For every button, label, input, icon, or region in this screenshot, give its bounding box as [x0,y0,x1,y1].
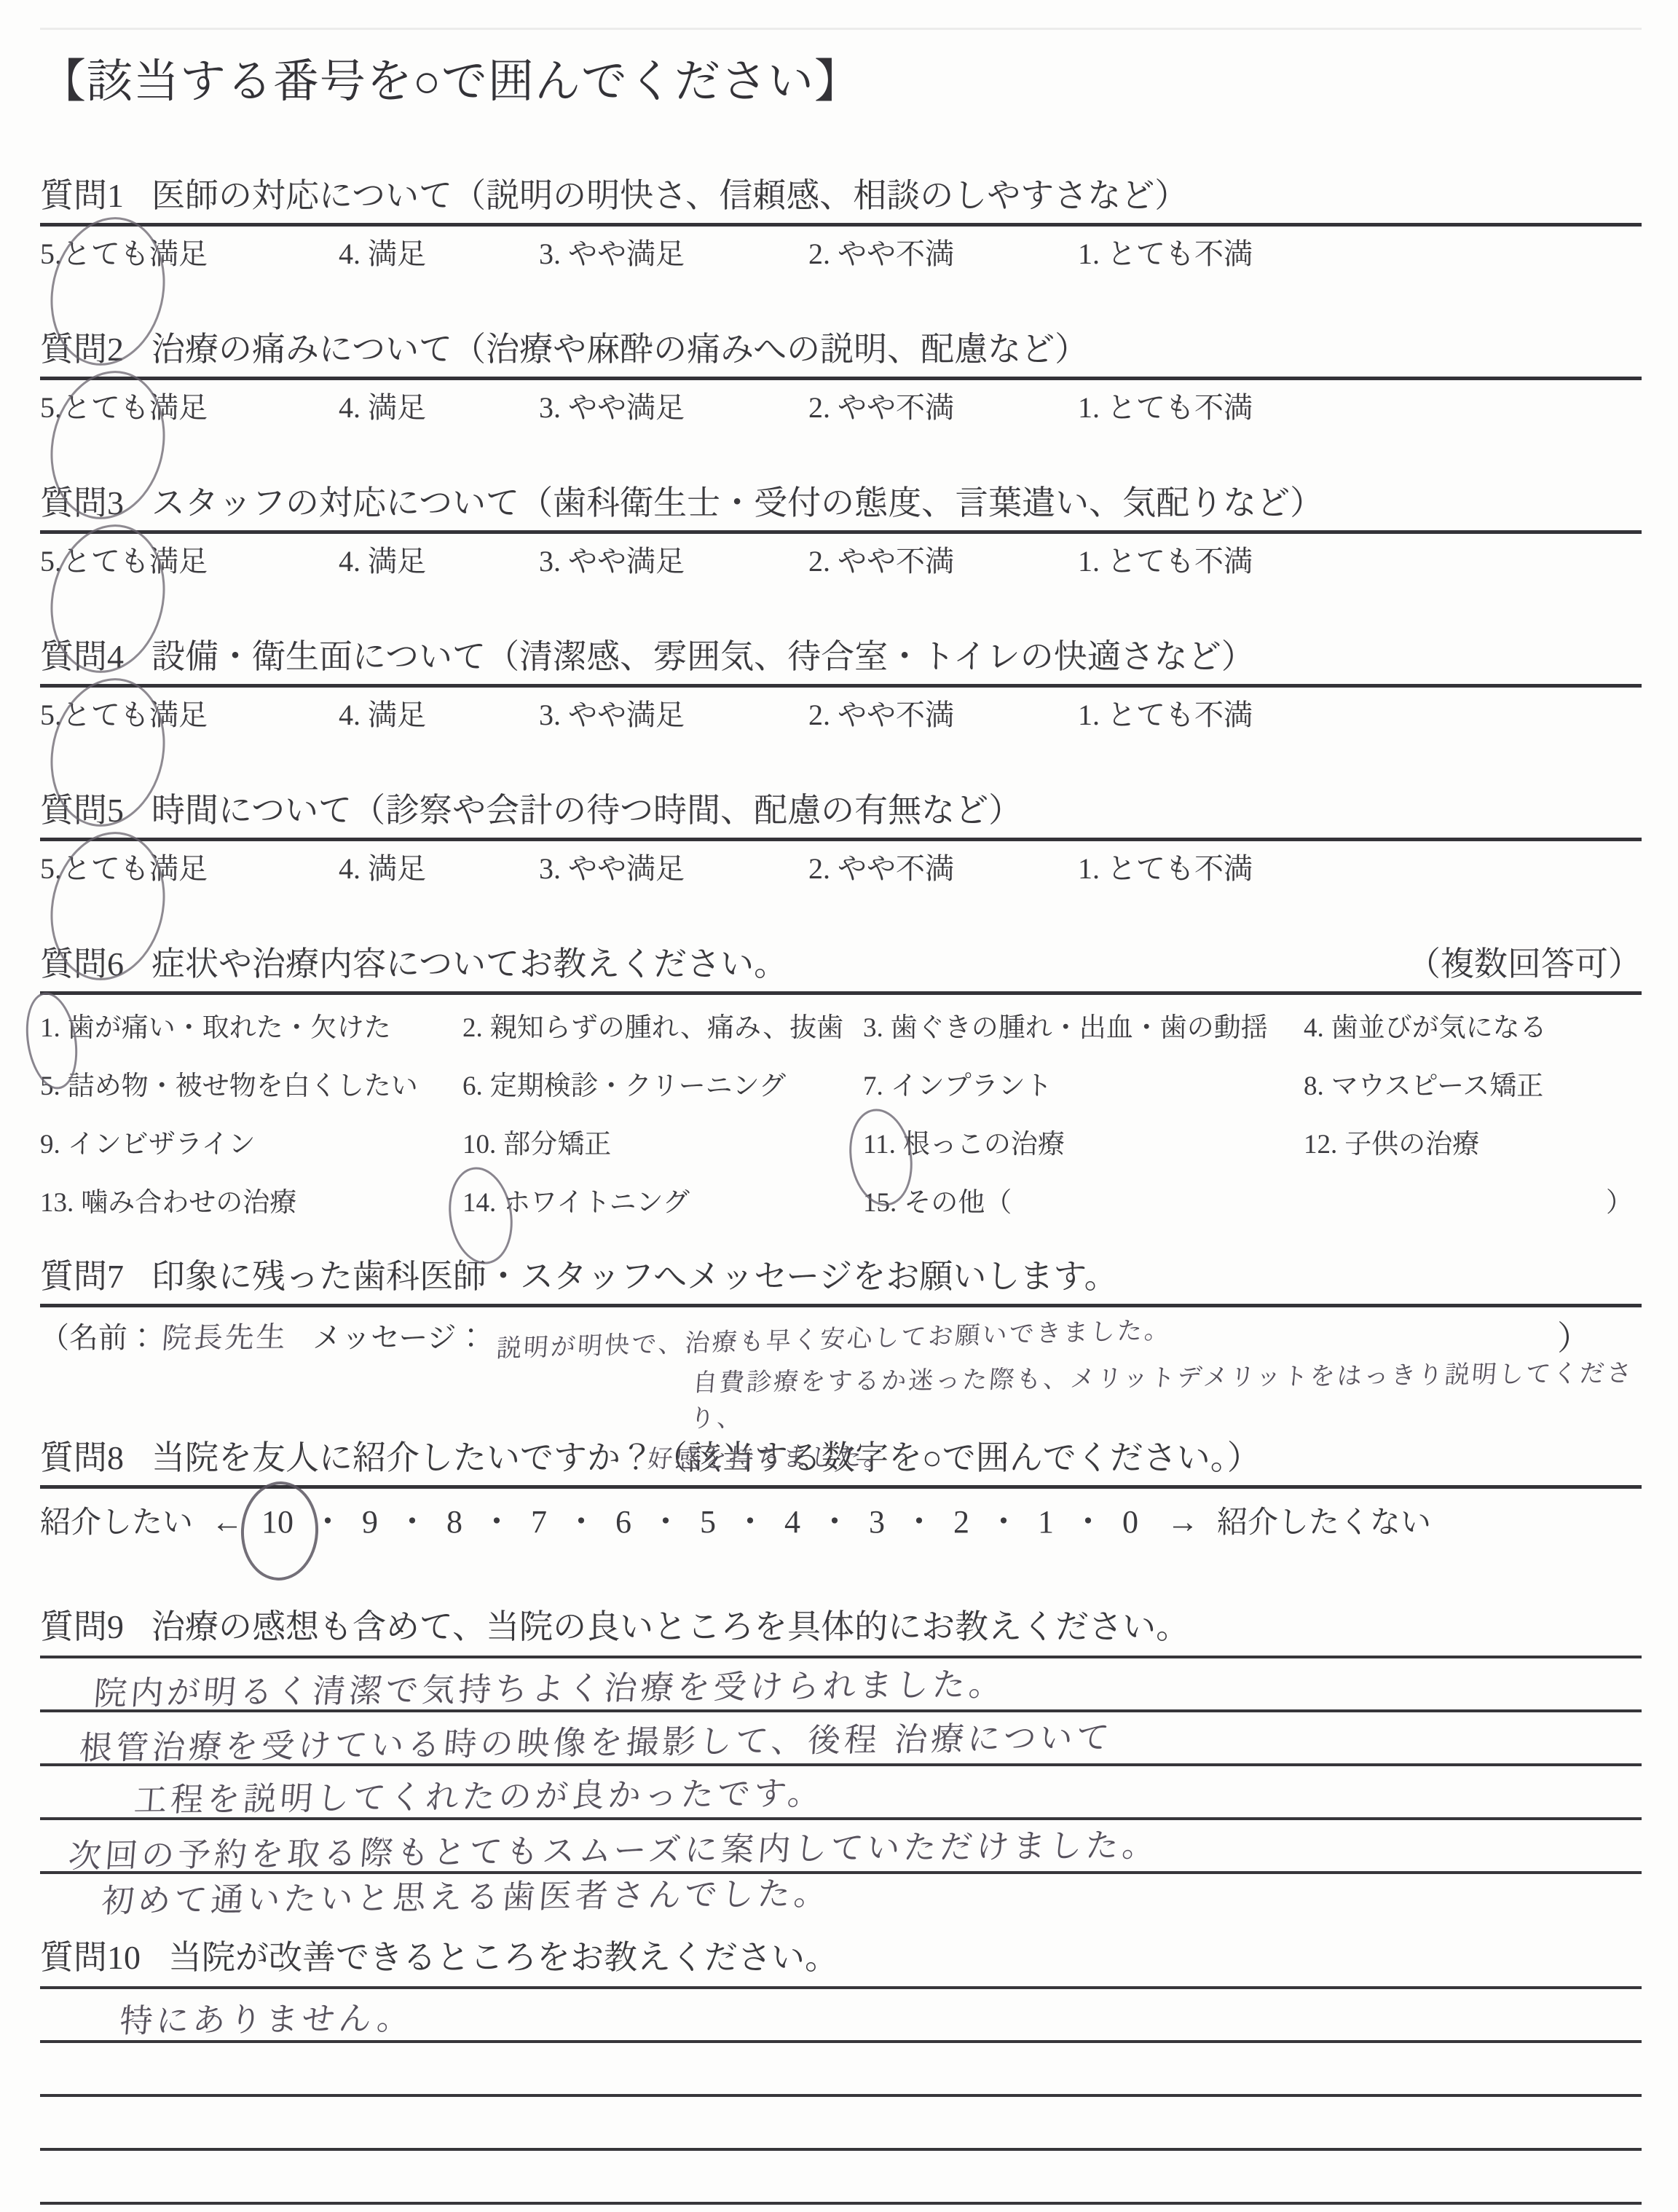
q6-option-6: 6.定期検診・クリーニング [462,1069,863,1104]
question-2-block: 質問2 治療の痛みについて（治療や麻酔の痛みへの説明、配慮など） 5.とても満足… [40,328,1642,427]
q6-option-8-text: マウスピース矯正 [1331,1071,1544,1101]
rating-option-5-number: 5. [40,391,62,424]
rating-option-4: 4. 満足 [339,389,539,427]
question-2-rating-row: 5.とても満足 4. 満足 3. やや満足 2. やや不満 1. とても不満 [40,380,1642,427]
q6-option-9-number: 9. [40,1130,60,1160]
answer-line: 初めて通いたいと思える歯医者さんでした。 [40,1874,1642,1918]
scale-number-1: 1 [1038,1500,1054,1544]
q6-option-13-number: 13. [40,1188,74,1218]
q6-option-2-text: 親知らずの腫れ、痛み、抜歯 [490,1013,843,1043]
rating-option-4: 4. 満足 [339,235,539,273]
question-6-block: 質問6 症状や治療内容についてお教えください。 （複数回答可） 1.歯が痛い・取… [40,943,1642,1221]
q7-handwritten-message-line-1: 説明が明快で、治療も早く安心してお願いできました。 [495,1310,1172,1364]
rating-option-4: 4. 満足 [339,850,539,888]
scale-separator: ・ [734,1500,766,1544]
rating-option-2: 2. やや不満 [808,850,1078,888]
q6-option-14: 14.ホワイトニング [462,1186,863,1221]
scale-number-4: 4 [784,1500,800,1544]
scale-separator: ・ [903,1500,935,1544]
rating-option-5-rest: 満足 [149,545,208,578]
rating-option-5-rest: 満足 [149,852,208,885]
question-1-rating-row: 5.とても満足 4. 満足 3. やや満足 2. やや不満 1. とても不満 [40,227,1642,273]
scale-number-2: 2 [953,1500,969,1544]
handwritten-circle-mark: 14. [462,1186,496,1221]
q6-option-10-text: 部分矯正 [503,1130,611,1160]
rating-option-5: 5.とても満足 [40,543,339,580]
q6-option-8: 8.マウスピース矯正 [1304,1069,1642,1104]
question-4-text: 設備・衛生面について（清潔感、雰囲気、待合室・トイレの快適さなど） [151,636,1255,678]
q6-option-11: 11.根っこの治療 [863,1127,1304,1162]
answer-line: 次回の予約を取る際もとてもスムーズに案内していただけました。 [40,1820,1642,1874]
q6-option-6-number: 6. [462,1071,483,1101]
q6-option-3: 3.歯ぐきの腫れ・出血・歯の動揺 [863,1011,1304,1046]
rating-option-1: 1. とても不満 [1078,696,1253,734]
question-7-label: 質問7 [40,1256,124,1298]
question-9-label: 質問9 [40,1606,124,1648]
answer-line-empty [40,2097,1642,2151]
rating-option-5-number: 5. [40,545,62,578]
question-5-block: 質問5 時間について（診察や会計の待つ時間、配慮の有無など） 5.とても満足 4… [40,790,1642,888]
rating-option-5-rest: 満足 [149,698,208,731]
scale-separator: ・ [396,1500,428,1544]
scale-number-3: 3 [869,1500,885,1544]
scale-separator: ・ [988,1500,1020,1544]
q6-option-8-number: 8. [1304,1071,1324,1101]
question-7-text: 印象に残った歯科医師・スタッフへメッセージをお願いします。 [151,1256,1118,1298]
q6-option-7-number: 7. [863,1071,883,1101]
handwritten-circle-mark: とても [62,389,149,427]
rating-option-5-circled-part: とても [62,698,149,731]
scale-right-label: 紹介したくない [1217,1501,1431,1545]
q6-option-5: 5.詰め物・被せ物を白くしたい [40,1069,462,1104]
rating-option-1: 1. とても不満 [1078,235,1253,273]
q6-option-5-text: 詰め物・被せ物を白くしたい [68,1071,418,1101]
rating-option-1: 1. とても不満 [1078,543,1253,580]
scale-number-0: 0 [1122,1500,1138,1544]
q6-option-15: 15.その他（ [863,1186,1304,1221]
q6-option-4: 4.歯並びが気になる [1304,1011,1642,1046]
rating-option-5-circled-part: とても [62,545,149,578]
question-1-text: 医師の対応について（説明の明快さ、信頼感、相談のしやすさなど） [151,175,1188,217]
question-6-text: 症状や治療内容についてお教えください。 [151,943,787,985]
q7-handwritten-message-line-3: 好感を持ちました。 [647,1436,892,1474]
question-7-block: 質問7 印象に残った歯科医師・スタッフへメッセージをお願いします。 （名前： 院… [40,1256,1642,1431]
scale-separator: ・ [819,1500,851,1544]
q6-option-15-text: その他（ [904,1188,1012,1218]
q6-option-12: 12.子供の治療 [1304,1127,1642,1162]
scan-artifact-line [40,28,1642,30]
q6-option-13: 13.噛み合わせの治療 [40,1186,462,1221]
rating-option-5-rest: 満足 [149,237,208,270]
q6-option-7-text: インプラント [891,1071,1052,1101]
question-2-text: 治療の痛みについて（治療や麻酔の痛みへの説明、配慮など） [151,328,1088,371]
rating-option-2: 2. やや不満 [808,389,1078,427]
rating-option-4: 4. 満足 [339,543,539,580]
scale-separator: ・ [1072,1500,1104,1544]
scale-number-8: 8 [446,1500,462,1544]
question-5-text: 時間について（診察や会計の待つ時間、配慮の有無など） [151,790,1022,832]
question-8-scale-row: 紹介したい ← 10 ・ 9 ・ 8 ・ 7 ・ 6 ・ 5 ・ 4 ・ 3 ・… [40,1489,1642,1545]
q9-handwritten-line-2: 根管治療を受けている時の映像を撮影して、後程 治療について [78,1711,1115,1769]
rating-option-5: 5.とても満足 [40,389,339,427]
rating-option-5-circled-part: とても [62,391,149,424]
q6-option-3-text: 歯ぐきの腫れ・出血・歯の動揺 [891,1013,1268,1043]
question-6-note: （複数回答可） [1407,943,1642,985]
q6-option-6-text: 定期検診・クリーニング [490,1071,786,1101]
q6-option-2: 2.親知らずの腫れ、痛み、抜歯 [462,1011,863,1046]
scale-number-5: 5 [700,1500,716,1544]
rating-option-3: 3. やや満足 [539,235,808,273]
question-10-answer-area: 特にありません。 [40,1986,1642,2205]
rating-option-3: 3. やや満足 [539,543,808,580]
q6-option-15-number: 15. [863,1188,897,1218]
q6-option-5-number: 5. [40,1071,60,1101]
q6-option-14-number: 14. [462,1188,496,1218]
q6-option-12-number: 12. [1304,1130,1337,1160]
question-10-label: 質問10 [40,1937,141,1979]
q6-option-4-text: 歯並びが気になる [1331,1013,1547,1043]
rating-option-3: 3. やや満足 [539,850,808,888]
scale-left-label: 紹介したい [40,1501,193,1545]
q6-option-1-number: 1. [40,1013,60,1043]
rating-option-2: 2. やや不満 [808,235,1078,273]
q7-name-prefix: （名前： [40,1315,157,1356]
question-10-text: 当院が改善できるところをお教えください。 [168,1937,838,1979]
question-9-block: 質問9 治療の感想も含めて、当院の良いところを具体的にお教えください。 院内が明… [40,1606,1642,1918]
left-arrow-icon: ← [211,1500,243,1544]
question-3-rating-row: 5.とても満足 4. 満足 3. やや満足 2. やや不満 1. とても不満 [40,534,1642,580]
rating-option-2: 2. やや不満 [808,543,1078,580]
q6-option-3-number: 3. [863,1013,883,1043]
q6-other-close-paren: ） [1304,1186,1642,1221]
right-arrow-icon: → [1167,1500,1199,1544]
scale-number-7: 7 [531,1500,547,1544]
answer-line: 特にありません。 [40,1989,1642,2043]
rating-option-5-rest: 満足 [149,391,208,424]
answer-line-empty [40,2151,1642,2205]
answer-line: 院内が明るく清潔で気持ちよく治療を受けられました。 [40,1658,1642,1712]
q6-option-7: 7.インプラント [863,1069,1304,1104]
handwritten-circle-mark: とても [62,696,149,734]
rating-option-3: 3. やや満足 [539,389,808,427]
q6-option-11-number: 11. [863,1130,896,1160]
q6-option-9-text: インビザライン [68,1130,256,1160]
rating-option-5: 5.とても満足 [40,850,339,888]
handwritten-circle-mark: とても [62,850,149,888]
question-4-block: 質問4 設備・衛生面について（清潔感、雰囲気、待合室・トイレの快適さなど） 5.… [40,636,1642,734]
rating-option-3: 3. やや満足 [539,696,808,734]
rating-option-4: 4. 満足 [339,696,539,734]
scale-separator: ・ [481,1500,513,1544]
question-4-rating-row: 5.とても満足 4. 満足 3. やや満足 2. やや不満 1. とても不満 [40,688,1642,734]
q6-option-12-text: 子供の治療 [1344,1130,1479,1160]
rating-option-2: 2. やや不満 [808,696,1078,734]
rating-option-1: 1. とても不満 [1078,850,1253,888]
rating-option-5-number: 5. [40,852,62,885]
scale-separator: ・ [650,1500,682,1544]
q7-handwritten-message-line-2: 自費診療をするか迷った際も、メリットデメリットをはっきり説明してくださり、 [689,1353,1645,1434]
rating-option-5-circled-part: とても [62,852,149,885]
rating-option-5: 5.とても満足 [40,696,339,734]
rating-option-5-number: 5. [40,698,62,731]
handwritten-circle-mark: とても [62,543,149,580]
question-5-label: 質問5 [40,790,124,832]
page-title: 【該当する番号を○で囲んでください】 [40,44,1642,111]
question-5-rating-row: 5.とても満足 4. 満足 3. やや満足 2. やや不満 1. とても不満 [40,841,1642,888]
answer-line-empty [40,2043,1642,2097]
question-4-label: 質問4 [40,636,124,678]
answer-line: 根管治療を受けている時の映像を撮影して、後程 治療について [40,1712,1642,1766]
handwritten-circle-mark: とても [62,235,149,273]
rating-option-5: 5.とても満足 [40,235,339,273]
handwritten-circle-mark: 11. [863,1127,896,1162]
rating-option-5-circled-part: とても [62,237,149,270]
question-10-block: 質問10 当院が改善できるところをお教えください。 特にありません。 [40,1937,1642,2205]
scale-number-9: 9 [362,1500,378,1544]
q6-option-10-number: 10. [462,1130,496,1160]
q7-handwritten-name: 院長先生 [161,1314,290,1357]
question-9-text: 治療の感想も含めて、当院の良いところを具体的にお教えください。 [151,1606,1189,1648]
q9-handwritten-line-1: 院内が明るく清潔で気持ちよく治療を受けられました。 [92,1657,1007,1714]
scale-separator: ・ [565,1500,597,1544]
question-6-label: 質問6 [40,943,124,985]
q7-message-prefix: メッセージ： [312,1315,486,1356]
scale-separator: ・ [312,1500,344,1544]
scale-number-10: 10 [261,1504,294,1540]
q6-option-2-number: 2. [462,1013,483,1043]
handwritten-circle-mark: 10 [261,1500,294,1544]
q6-option-9: 9.インビザライン [40,1127,462,1162]
q10-handwritten-line-1: 特にありません。 [118,1991,415,2042]
question-3-block: 質問3 スタッフの対応について（歯科衛生士・受付の態度、言葉遣い、気配りなど） … [40,482,1642,580]
q6-option-10: 10.部分矯正 [462,1127,863,1162]
question-3-text: スタッフの対応について（歯科衛生士・受付の態度、言葉遣い、気配りなど） [151,482,1323,524]
rating-option-1: 1. とても不満 [1078,389,1253,427]
q9-handwritten-line-4: 次回の予約を取る際もとてもスムーズに案内していただけました。 [67,1818,1161,1877]
q6-option-1-text: 歯が痛い・取れた・欠けた [68,1013,391,1043]
question-1-label: 質問1 [40,175,124,217]
question-3-label: 質問3 [40,482,124,524]
question-1-block: 質問1 医師の対応について（説明の明快さ、信頼感、相談のしやすさなど） 5.とて… [40,175,1642,273]
question-6-options-grid: 1.歯が痛い・取れた・欠けた 2.親知らずの腫れ、痛み、抜歯 3.歯ぐきの腫れ・… [40,995,1642,1221]
q6-option-14-text: ホワイトニング [503,1188,690,1218]
q6-option-1: 1.歯が痛い・取れた・欠けた [40,1011,462,1046]
q6-option-11-text: 根っこの治療 [903,1130,1065,1160]
question-2-label: 質問2 [40,328,124,371]
q6-option-13-text: 噛み合わせの治療 [81,1188,296,1218]
q9-handwritten-line-3: 工程を説明してくれたのが良かったです。 [133,1766,826,1821]
q9-handwritten-line-5: 初めて通いたいと思える歯医者さんでした。 [100,1867,832,1921]
rating-option-5-number: 5. [40,237,62,270]
question-7-answer-area: （名前： 院長先生 メッセージ： 説明が明快で、治療も早く安心してお願いできまし… [40,1307,1642,1431]
q6-option-4-number: 4. [1304,1013,1324,1043]
handwritten-circle-mark: 1. [40,1011,60,1046]
scale-number-6: 6 [615,1500,631,1544]
question-9-answer-area: 院内が明るく清潔で気持ちよく治療を受けられました。 根管治療を受けている時の映像… [40,1656,1642,1918]
answer-line: 工程を説明してくれたのが良かったです。 [40,1766,1642,1820]
